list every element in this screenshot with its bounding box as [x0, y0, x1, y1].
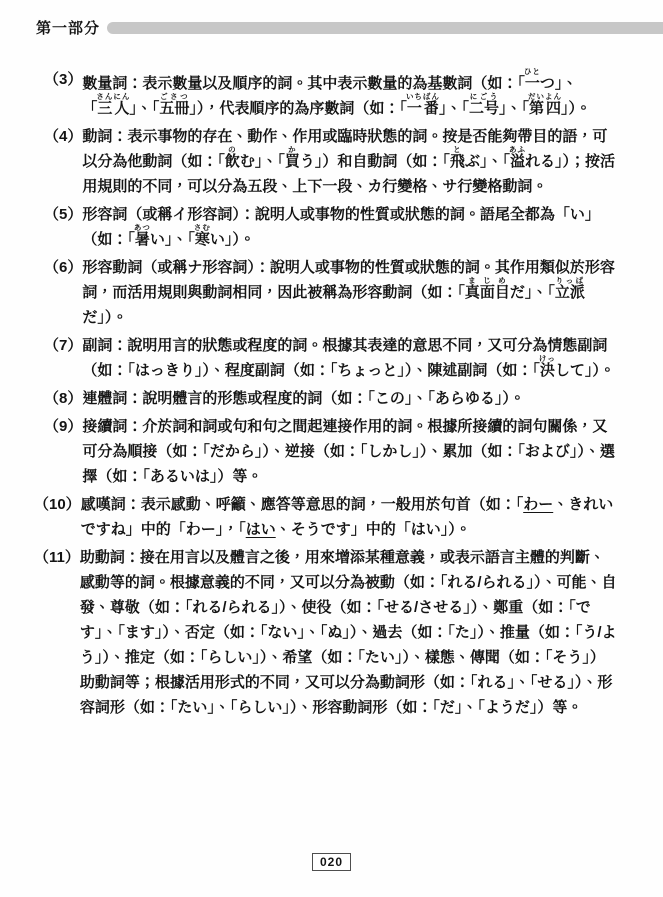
- item-text: 接續詞：介於詞和詞或句和句之間起連接作用的詞。根據所接續的詞句關係，又可分為順接…: [82, 414, 618, 489]
- item-number: （4）: [44, 124, 82, 199]
- list-item: （11）助動詞：接在用言以及體言之後，用來增添某種意義，或表示語言主體的判斷、感…: [34, 545, 618, 720]
- item-text: 形容詞（或稱イ形容詞）：說明人或事物的性質或狀態的詞。語尾全都為「い」（如：「暑…: [82, 202, 618, 252]
- furigana-annotated-word: 第四だいよん: [529, 100, 561, 117]
- item-number: （3）: [44, 67, 82, 121]
- furigana-annotated-word: 一ひと: [525, 75, 540, 92]
- furigana-annotated-word: 飛と: [450, 153, 465, 170]
- furigana-annotated-word: 真面目まじめ: [465, 284, 510, 301]
- item-number: （10）: [34, 492, 81, 542]
- item-number: （5）: [44, 202, 82, 252]
- furigana-annotated-word: 溢あふ: [510, 153, 525, 170]
- item-text: 感嘆詞：表示感動、呼籲、應答等意思的詞，一般用於句首（如：「わー、きれいですね」…: [81, 492, 618, 542]
- item-number: （7）: [44, 333, 82, 383]
- item-text: 助動詞：接在用言以及體言之後，用來增添某種意義，或表示語言主體的判斷、感動等的詞…: [80, 545, 618, 720]
- item-number: （8）: [44, 386, 82, 411]
- furigana-annotated-word: 飲の: [225, 153, 240, 170]
- list-item: （3）數量詞：表示數量以及順序的詞。其中表示數量的為基數詞（如：「一ひとつ」、「…: [44, 67, 618, 121]
- list-item: （7）副詞：說明用言的狀態或程度的詞。根據其表達的意思不同，又可分為情態副詞（如…: [44, 333, 618, 383]
- item-number: （11）: [34, 545, 80, 720]
- furigana-annotated-word: 寒さむ: [195, 231, 210, 248]
- list-item: （4）動詞：表示事物的存在、動作、作用或臨時狀態的詞。按是否能夠帶目的語，可以分…: [44, 124, 618, 199]
- item-text: 連體詞：說明體言的形態或程度的詞（如：「この」、「あらゆる」）。: [82, 386, 618, 411]
- item-text: 動詞：表示事物的存在、動作、作用或臨時狀態的詞。按是否能夠帶目的語，可以分為他動…: [82, 124, 618, 199]
- page-number: 020: [312, 853, 351, 871]
- furigana-annotated-word: 決けっ: [540, 362, 555, 379]
- furigana-annotated-word: 買か: [285, 153, 300, 170]
- page-footer: 020: [0, 853, 663, 871]
- furigana-annotated-word: 三人さんにん: [97, 100, 129, 117]
- list-item: （6）形容動詞（或稱ナ形容詞）：說明人或事物的性質或狀態的詞。其作用類似於形容詞…: [44, 255, 618, 330]
- document-page: 第一部分 （3）數量詞：表示數量以及順序的詞。其中表示數量的為基數詞（如：「一ひ…: [0, 0, 663, 897]
- furigana-annotated-word: 暑あつ: [135, 231, 150, 248]
- item-text: 副詞：說明用言的狀態或程度的詞。根據其表達的意思不同，又可分為情態副詞（如：「は…: [82, 333, 618, 383]
- furigana-annotated-word: 一番いちばん: [407, 100, 439, 117]
- list-item: （5）形容詞（或稱イ形容詞）：說明人或事物的性質或狀態的詞。語尾全都為「い」（如…: [44, 202, 618, 252]
- page-header: 第一部分: [0, 0, 663, 38]
- list-item: （9）接續詞：介於詞和詞或句和句之間起連接作用的詞。根據所接續的詞句關係，又可分…: [44, 414, 618, 489]
- item-number: （9）: [44, 414, 82, 489]
- list-item: （10）感嘆詞：表示感動、呼籲、應答等意思的詞，一般用於句首（如：「わー、きれい…: [34, 492, 618, 542]
- list-item: （8）連體詞：說明體言的形態或程度的詞（如：「この」、「あらゆる」）。: [44, 386, 618, 411]
- underlined-example: わー: [523, 496, 553, 513]
- furigana-annotated-word: 二号にごう: [469, 100, 499, 117]
- definition-list: （3）數量詞：表示數量以及順序的詞。其中表示數量的為基數詞（如：「一ひとつ」、「…: [0, 38, 663, 720]
- section-title: 第一部分: [36, 17, 100, 38]
- furigana-annotated-word: 立派りっぱ: [555, 284, 585, 301]
- item-number: （6）: [44, 255, 82, 330]
- item-text: 數量詞：表示數量以及順序的詞。其中表示數量的為基數詞（如：「一ひとつ」、「三人さ…: [82, 67, 618, 121]
- item-text: 形容動詞（或稱ナ形容詞）：說明人或事物的性質或狀態的詞。其作用類似於形容詞，而活…: [82, 255, 618, 330]
- furigana-annotated-word: 五冊ごさつ: [159, 100, 189, 117]
- underlined-example: はい: [246, 521, 276, 538]
- header-rule-bar: [107, 22, 663, 34]
